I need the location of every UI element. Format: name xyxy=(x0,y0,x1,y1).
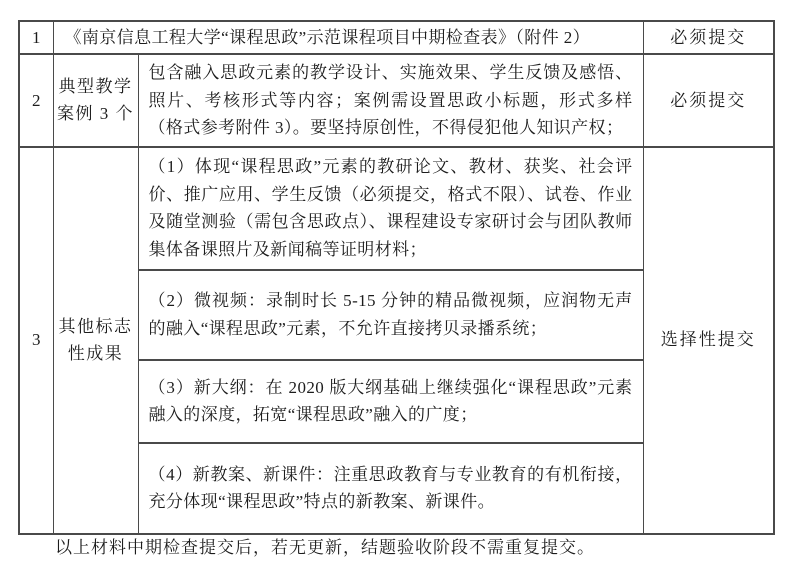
table-row-3-item-1: 3 其他标志 性成果 （1）体现“课程思政”元素的教研论文、教材、获奖、社会评价… xyxy=(19,147,774,270)
footer-note: 以上材料中期检查提交后，若无更新，结题验收阶段不需重复提交。 xyxy=(55,533,595,558)
submission-status: 选择性提交 xyxy=(643,147,774,534)
material-requirements: （4）新教案、新课件：注重思政教育与专业教育的有机衔接，充分体现“课程思政”特点… xyxy=(138,443,643,534)
material-requirements: （2）微视频：录制时长 5-15 分钟的精品微视频，应润物无声的融入“课程思政”… xyxy=(138,270,643,360)
row-number: 3 xyxy=(19,147,53,534)
submission-status: 必须提交 xyxy=(643,54,774,147)
table-row-1: 1 《南京信息工程大学“课程思政”示范课程项目中期检查表》（附件 2） 必须提交 xyxy=(19,21,774,54)
row-number: 1 xyxy=(19,21,53,54)
materials-checklist-table: 1 《南京信息工程大学“课程思政”示范课程项目中期检查表》（附件 2） 必须提交… xyxy=(18,20,775,535)
material-name: 典型教学 案例 3 个 xyxy=(53,54,138,147)
table-row-2: 2 典型教学 案例 3 个 包含融入思政元素的教学设计、实施效果、学生反馈及感悟… xyxy=(19,54,774,147)
material-requirements: 包含融入思政元素的教学设计、实施效果、学生反馈及感悟、照片、考核形式等内容；案例… xyxy=(138,54,643,147)
material-title: 《南京信息工程大学“课程思政”示范课程项目中期检查表》（附件 2） xyxy=(53,21,643,54)
material-requirements: （3）新大纲：在 2020 版大纲基础上继续强化“课程思政”元素融入的深度，拓宽… xyxy=(138,360,643,443)
material-name: 其他标志 性成果 xyxy=(53,147,138,534)
document-page: 1 《南京信息工程大学“课程思政”示范课程项目中期检查表》（附件 2） 必须提交… xyxy=(0,0,799,569)
material-requirements: （1）体现“课程思政”元素的教研论文、教材、获奖、社会评价、推广应用、学生反馈（… xyxy=(138,147,643,270)
submission-status: 必须提交 xyxy=(643,21,774,54)
row-number: 2 xyxy=(19,54,53,147)
